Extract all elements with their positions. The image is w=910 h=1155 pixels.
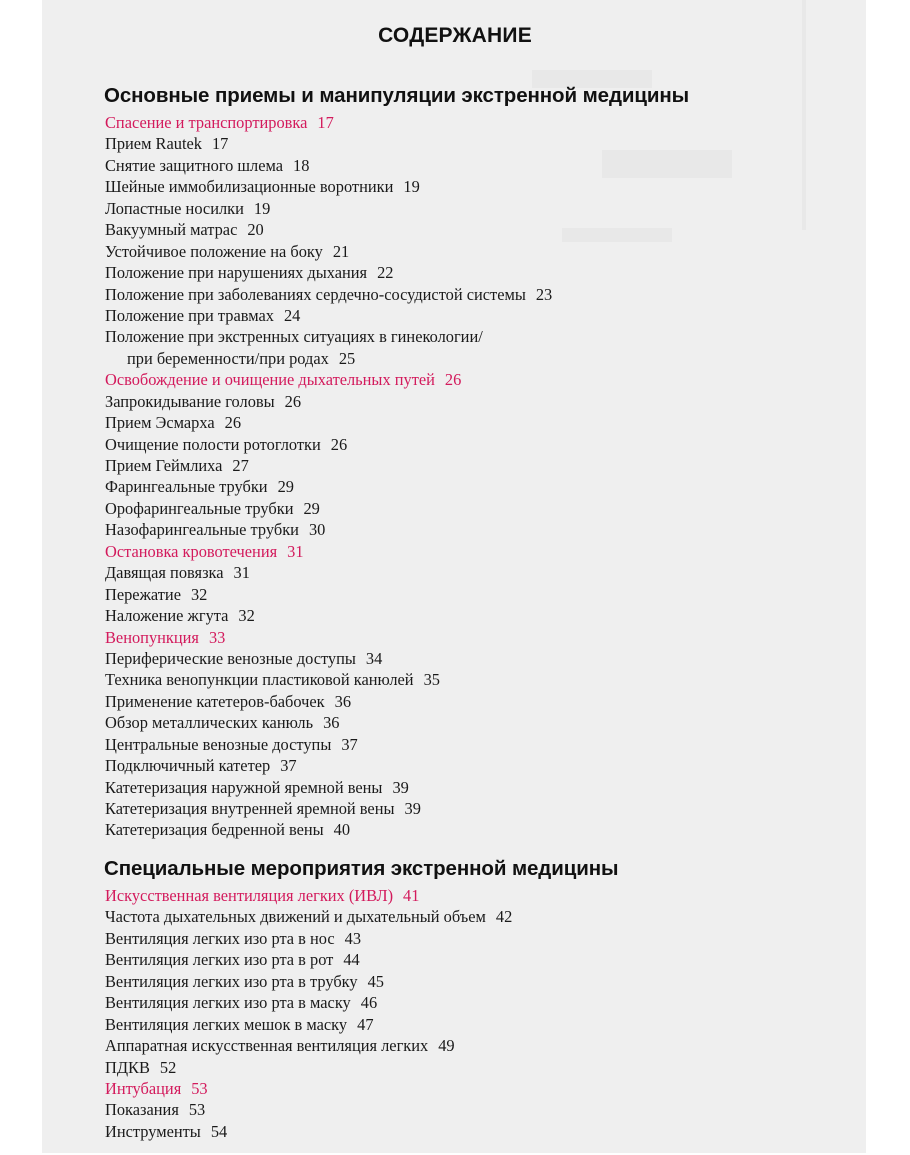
toc-entry: Давящая повязка31	[105, 562, 552, 583]
entry-title: Запрокидывание головы	[105, 392, 275, 411]
entry-title: Фарингеальные трубки	[105, 477, 268, 496]
entry-page-number: 21	[333, 242, 349, 261]
toc-entry: Пережатие32	[105, 584, 552, 605]
toc-entry: Снятие защитного шлема18	[105, 155, 552, 176]
toc-section-entry: Освобождение и очищение дыхательных путе…	[105, 369, 552, 390]
entry-page-number: 39	[392, 778, 408, 797]
entry-page-number: 26	[225, 413, 241, 432]
part-heading-2: Специальные мероприятия экстренной медиц…	[104, 857, 618, 881]
entry-title: Прием Эсмарха	[105, 413, 215, 432]
entry-page-number: 42	[496, 907, 512, 926]
toc-entry: при беременности/при родах25	[105, 348, 552, 369]
toc-entry: Прием Rautek17	[105, 133, 552, 154]
toc-section-entry: Интубация53	[105, 1078, 512, 1099]
toc-entry: Назофарингеальные трубки30	[105, 519, 552, 540]
entry-title: Шейные иммобилизационные воротники	[105, 177, 393, 196]
toc-entry: Орофарингеальные трубки29	[105, 498, 552, 519]
entry-page-number: 53	[191, 1079, 207, 1098]
toc-entry: Центральные венозные доступы37	[105, 734, 552, 755]
toc-entry: Запрокидывание головы26	[105, 391, 552, 412]
entry-page-number: 34	[366, 649, 382, 668]
entry-title: Венопункция	[105, 628, 199, 647]
entry-title: Наложение жгута	[105, 606, 228, 625]
entry-title: Остановка кровотечения	[105, 542, 277, 561]
entry-title: Освобождение и очищение дыхательных путе…	[105, 370, 435, 389]
entry-title: Частота дыхательных движений и дыхательн…	[105, 907, 486, 926]
toc-entry: Вентиляция легких изо рта в маску46	[105, 992, 512, 1013]
entry-page-number: 47	[357, 1015, 373, 1034]
entry-title: Положение при экстренных ситуациях в гин…	[105, 327, 483, 346]
entry-page-number: 43	[345, 929, 361, 948]
entry-title: Положение при нарушениях дыхания	[105, 263, 367, 282]
part-heading-1: Основные приемы и манипуляции экстренной…	[104, 84, 689, 108]
entry-title: Пережатие	[105, 585, 181, 604]
entry-title: Вентиляция легких изо рта в трубку	[105, 972, 358, 991]
toc-entry: ПДКВ52	[105, 1057, 512, 1078]
entry-title: Катетеризация наружной яремной вены	[105, 778, 382, 797]
entry-page-number: 25	[339, 349, 355, 368]
entry-page-number: 32	[191, 585, 207, 604]
entry-page-number: 39	[405, 799, 421, 818]
entry-page-number: 40	[334, 820, 350, 839]
entry-page-number: 46	[361, 993, 377, 1012]
entry-page-number: 26	[331, 435, 347, 454]
toc-entry: Вентиляция легких изо рта в трубку45	[105, 971, 512, 992]
entry-page-number: 31	[234, 563, 250, 582]
entry-title: Искусственная вентиляция легких (ИВЛ)	[105, 886, 393, 905]
entry-title: Обзор металлических канюль	[105, 713, 313, 732]
toc-entry: Наложение жгута32	[105, 605, 552, 626]
toc-entry: Инструменты54	[105, 1121, 512, 1142]
entry-title: ПДКВ	[105, 1058, 150, 1077]
toc-entry: Положение при нарушениях дыхания22	[105, 262, 552, 283]
entry-title: Подключичный катетер	[105, 756, 270, 775]
entry-title: Аппаратная искусственная вентиляция легк…	[105, 1036, 428, 1055]
entry-page-number: 31	[287, 542, 303, 561]
entry-page-number: 41	[403, 886, 419, 905]
entry-page-number: 24	[284, 306, 300, 325]
entry-page-number: 23	[536, 285, 552, 304]
entry-title: Показания	[105, 1100, 179, 1119]
toc-entry: Катетеризация наружной яремной вены39	[105, 777, 552, 798]
entry-page-number: 45	[368, 972, 384, 991]
toc-section-entry: Искусственная вентиляция легких (ИВЛ)41	[105, 885, 512, 906]
entry-page-number: 36	[323, 713, 339, 732]
entry-title: Давящая повязка	[105, 563, 224, 582]
toc-entry: Применение катетеров-бабочек36	[105, 691, 552, 712]
entry-page-number: 19	[254, 199, 270, 218]
toc-entry: Подключичный катетер37	[105, 755, 552, 776]
entry-page-number: 54	[211, 1122, 227, 1141]
entry-title: Вентиляция легких изо рта в рот	[105, 950, 333, 969]
entry-title: Техника венопункции пластиковой канюлей	[105, 670, 414, 689]
entry-page-number: 27	[232, 456, 248, 475]
entry-page-number: 37	[341, 735, 357, 754]
toc-entry: Периферические венозные доступы34	[105, 648, 552, 669]
entry-title: Интубация	[105, 1079, 181, 1098]
toc-entry: Катетеризация внутренней яремной вены39	[105, 798, 552, 819]
entry-title: Вентиляция легких изо рта в нос	[105, 929, 335, 948]
entry-page-number: 53	[189, 1100, 205, 1119]
entry-title: Центральные венозные доступы	[105, 735, 331, 754]
entry-title: Назофарингеальные трубки	[105, 520, 299, 539]
toc-entry: Обзор металлических канюль36	[105, 712, 552, 733]
toc-entry: Положение при заболеваниях сердечно-сосу…	[105, 284, 552, 305]
toc-section-entry: Остановка кровотечения31	[105, 541, 552, 562]
entry-title: Очищение полости ротоглотки	[105, 435, 321, 454]
toc-entry: Техника венопункции пластиковой канюлей3…	[105, 669, 552, 690]
entry-page-number: 52	[160, 1058, 176, 1077]
entry-page-number: 29	[303, 499, 319, 518]
entry-title: Катетеризация внутренней яремной вены	[105, 799, 395, 818]
toc-entry: Вентиляция легких изо рта в нос43	[105, 928, 512, 949]
entry-title: Применение катетеров-бабочек	[105, 692, 325, 711]
entry-title: Спасение и транспортировка	[105, 113, 307, 132]
entry-page-number: 36	[335, 692, 351, 711]
toc-entry: Положение при травмах24	[105, 305, 552, 326]
toc-entry: Вентиляция легких мешок в маску47	[105, 1014, 512, 1035]
bleed-through-mark	[562, 228, 672, 242]
entry-page-number: 32	[238, 606, 254, 625]
entry-page-number: 37	[280, 756, 296, 775]
toc-entry: Показания53	[105, 1099, 512, 1120]
entry-title: Положение при заболеваниях сердечно-сосу…	[105, 285, 526, 304]
entry-title: Прием Rautek	[105, 134, 202, 153]
toc-entry: Аппаратная искусственная вентиляция легк…	[105, 1035, 512, 1056]
entry-title: Вентиляция легких изо рта в маску	[105, 993, 351, 1012]
toc-entry: Катетеризация бедренной вены40	[105, 819, 552, 840]
entry-title: Лопастные носилки	[105, 199, 244, 218]
toc-entry: Очищение полости ротоглотки26	[105, 434, 552, 455]
page-title: СОДЕРЖАНИЕ	[0, 24, 910, 48]
entry-page-number: 26	[285, 392, 301, 411]
entry-page-number: 26	[445, 370, 461, 389]
toc-entry: Частота дыхательных движений и дыхательн…	[105, 906, 512, 927]
entry-title: Положение при травмах	[105, 306, 274, 325]
entry-title: Устойчивое положение на боку	[105, 242, 323, 261]
entry-title: Катетеризация бедренной вены	[105, 820, 324, 839]
toc-section-entry: Спасение и транспортировка17	[105, 112, 552, 133]
toc-entry: Шейные иммобилизационные воротники19	[105, 176, 552, 197]
entry-title: при беременности/при родах	[127, 349, 329, 368]
entry-page-number: 44	[343, 950, 359, 969]
toc-section-entry: Венопункция33	[105, 627, 552, 648]
entry-page-number: 30	[309, 520, 325, 539]
entry-page-number: 17	[317, 113, 333, 132]
toc-list-part-1: Спасение и транспортировка17Прием Rautek…	[105, 112, 552, 841]
entry-page-number: 17	[212, 134, 228, 153]
bleed-through-mark	[602, 150, 732, 178]
entry-page-number: 33	[209, 628, 225, 647]
toc-entry: Вакуумный матрас20	[105, 219, 552, 240]
entry-title: Вакуумный матрас	[105, 220, 237, 239]
entry-page-number: 18	[293, 156, 309, 175]
entry-title: Инструменты	[105, 1122, 201, 1141]
entry-page-number: 20	[247, 220, 263, 239]
toc-entry: Положение при экстренных ситуациях в гин…	[105, 326, 552, 347]
toc-entry: Прием Геймлиха27	[105, 455, 552, 476]
toc-entry: Фарингеальные трубки29	[105, 476, 552, 497]
entry-page-number: 49	[438, 1036, 454, 1055]
entry-title: Периферические венозные доступы	[105, 649, 356, 668]
entry-title: Прием Геймлиха	[105, 456, 222, 475]
toc-entry: Устойчивое положение на боку21	[105, 241, 552, 262]
entry-page-number: 19	[403, 177, 419, 196]
entry-page-number: 29	[278, 477, 294, 496]
entry-title: Вентиляция легких мешок в маску	[105, 1015, 347, 1034]
entry-title: Снятие защитного шлема	[105, 156, 283, 175]
toc-entry: Лопастные носилки19	[105, 198, 552, 219]
toc-list-part-2: Искусственная вентиляция легких (ИВЛ)41Ч…	[105, 885, 512, 1142]
toc-entry: Прием Эсмарха26	[105, 412, 552, 433]
entry-page-number: 35	[424, 670, 440, 689]
toc-entry: Вентиляция легких изо рта в рот44	[105, 949, 512, 970]
entry-page-number: 22	[377, 263, 393, 282]
entry-title: Орофарингеальные трубки	[105, 499, 293, 518]
